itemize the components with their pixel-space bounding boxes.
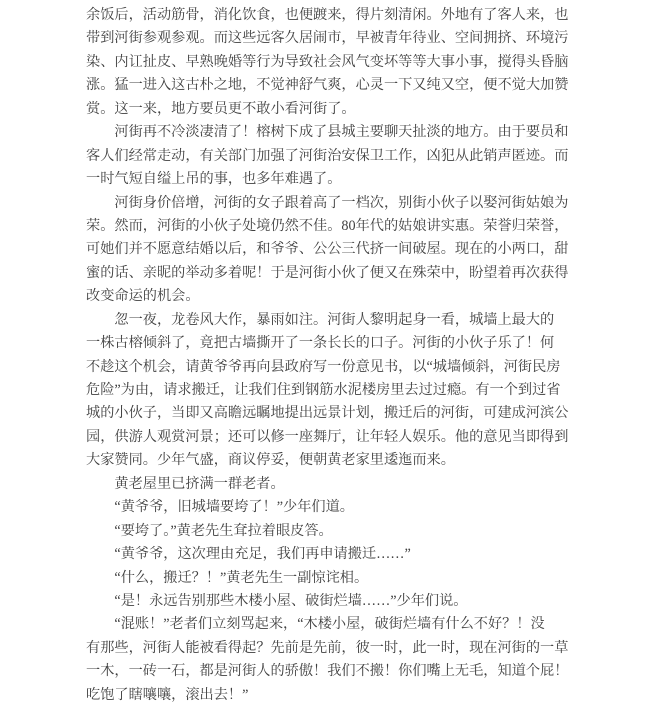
text-line: 一株古榕倾斜了，竟把古墙撕开了一条长长的口子。河街的小伙子乐了！何 bbox=[86, 332, 570, 355]
text-line: 客人们经常走动，有关部门加强了河街治安保卫工作，凶犯从此销声匿迹。而 bbox=[86, 145, 570, 168]
text-line: 改变命运的机会。 bbox=[86, 285, 570, 308]
text-line: 染、内讧扯皮、早熟晚婚等行为导致社会风气变坏等等大事小事，搅得头昏脑 bbox=[86, 51, 570, 74]
text-line: “是！永远告别那些木楼小屋、破街烂墙……”少年们说。 bbox=[86, 590, 570, 613]
text-line: 城的小伙子，当即又高瞻远瞩地提出远景计划，搬迁后的河街，可建成河滨公 bbox=[86, 402, 570, 425]
text-line: 大家赞同。少年气盛，商议停妥，便朝黄老家里逶迤而来。 bbox=[86, 449, 570, 472]
text-line: 蜜的话、亲昵的举动多着呢！于是河街小伙了便又在殊荣中，盼望着再次获得 bbox=[86, 262, 570, 285]
text-line: 赏。这一来，地方要员更不敢小看河街了。 bbox=[86, 98, 570, 121]
text-line: 荣。然而，河街的小伙子处境仍然不佳。80年代的姑娘讲实惠。荣誉归荣誉， bbox=[86, 215, 570, 238]
text-line: 涨。猛一进入这古朴之地，不觉神舒气爽，心灵一下又纯又空，便不觉大加赞 bbox=[86, 74, 570, 97]
book-page: 余饭后，活动筋骨，消化饮食，也便踱来，得片刻清闲。外地有了客人来，也带到河街参观… bbox=[0, 0, 652, 724]
text-line: 一木，一砖一石，都是河街人的骄傲！我们不搬！你们嘴上无毛，知道个屁！ bbox=[86, 660, 570, 683]
text-line: 河街身价倍增，河街的女子跟着高了一档次，别街小伙子以娶河街姑娘为 bbox=[86, 192, 570, 215]
text-line: 可她们并不愿意结婚以后，和爷爷、公公三代挤一间破屋。现在的小两口，甜 bbox=[86, 238, 570, 261]
text-line: “黄爷爷，旧城墙要垮了！”少年们道。 bbox=[86, 496, 570, 519]
text-line: 忽一夜，龙卷风大作，暴雨如注。河街人黎明起身一看，城墙上最大的 bbox=[86, 309, 570, 332]
text-line: 一时气短自缢上吊的事，也多年难遇了。 bbox=[86, 168, 570, 191]
text-line: 有那些，河街人能被看得起？先前是先前，彼一时，此一时，现在河街的一草 bbox=[86, 637, 570, 660]
text-line: 余饭后，活动筋骨，消化饮食，也便踱来，得片刻清闲。外地有了客人来，也 bbox=[86, 4, 570, 27]
text-line: 危险”为由，请求搬迁，让我们住到钢筋水泥楼房里去过过瘾。有一个到过省 bbox=[86, 379, 570, 402]
text-line: “什么，搬迁？！”黄老先生一副惊诧相。 bbox=[86, 567, 570, 590]
text-line: “混账！”老者们立刻骂起来，“木楼小屋，破街烂墙有什么不好？！没 bbox=[86, 613, 570, 636]
text-line: “要垮了。”黄老先生耷拉着眼皮答。 bbox=[86, 520, 570, 543]
page-text: 余饭后，活动筋骨，消化饮食，也便踱来，得片刻清闲。外地有了客人来，也带到河街参观… bbox=[86, 4, 570, 707]
text-line: 吃饱了瞎嚷嚷，滚出去！” bbox=[86, 684, 570, 707]
text-line: 河街再不冷淡凄清了！榕树下成了县城主要聊天扯淡的地方。由于要员和 bbox=[86, 121, 570, 144]
text-line: 带到河街参观参观。而这些远客久居闹市，早被青年待业、空间拥挤、环境污 bbox=[86, 27, 570, 50]
text-line: 黄老屋里已挤满一群老者。 bbox=[86, 473, 570, 496]
text-line: “黄爷爷，这次理由充足，我们再申请搬迁……” bbox=[86, 543, 570, 566]
text-line: 不趁这个机会，请黄爷爷再向县政府写一份意见书，以“城墙倾斜，河街民房 bbox=[86, 356, 570, 379]
text-line: 园，供游人观赏河景；还可以修一座舞厅，让年轻人娱乐。他的意见当即得到 bbox=[86, 426, 570, 449]
